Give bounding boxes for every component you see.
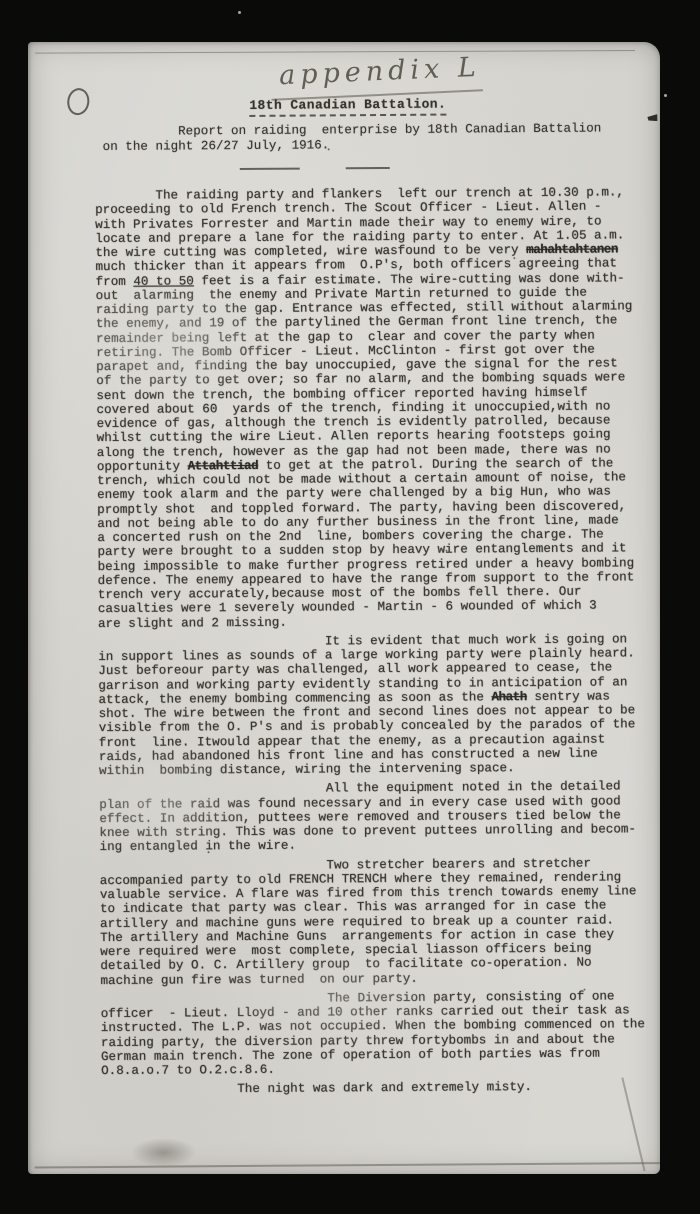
report-subtitle: Report on raiding enterprise by 18th Can… bbox=[102, 121, 601, 154]
separator-dash bbox=[346, 167, 390, 169]
text-run: sentry was bbox=[527, 689, 610, 704]
battalion-title: 18th Canadian Battalion. bbox=[249, 97, 446, 117]
text-line: within bombing distance, wiring the inte… bbox=[99, 760, 659, 778]
text-run: from bbox=[96, 274, 134, 288]
struck-out-text: mahahtahtanen bbox=[526, 242, 618, 257]
text-line: are slight and 2 missing. bbox=[98, 613, 658, 631]
paper-crease-top bbox=[35, 50, 635, 54]
handwritten-appendix-annotation: appendix L bbox=[279, 52, 482, 91]
scan-background: O appendix L 18th Canadian Battalion. Re… bbox=[0, 0, 700, 1214]
separator-dash bbox=[240, 168, 300, 170]
text-run: machine gun fire was turned on our party… bbox=[100, 971, 418, 987]
report-paragraph: It is evident that much work is going on… bbox=[98, 632, 659, 778]
struck-out-text: Attahttiad bbox=[188, 459, 259, 473]
dust-speck bbox=[664, 94, 667, 97]
report-paragraph: The Diversion party, consisting of oneof… bbox=[101, 989, 660, 1078]
paper-content: O appendix L 18th Canadian Battalion. Re… bbox=[28, 42, 660, 1174]
report-paragraph: All the equipment noted in the detailedp… bbox=[99, 779, 659, 854]
report-paragraph: The raiding party and flankers left our … bbox=[95, 185, 658, 631]
text-line: machine gun fire was turned on our party… bbox=[100, 970, 660, 988]
text-run: opportunity bbox=[97, 459, 188, 474]
ink-speck bbox=[238, 211, 240, 213]
text-run: ing entangled in the wire. bbox=[99, 839, 296, 854]
report-body: The raiding party and flankers left our … bbox=[95, 185, 660, 1097]
text-line: The night was dark and extremely misty. bbox=[101, 1079, 660, 1097]
text-run: The night was dark and extremely misty. bbox=[101, 1080, 532, 1097]
text-run: 40 to 50 bbox=[133, 274, 194, 288]
paper-edge-notch bbox=[647, 114, 657, 121]
corner-o-mark: O bbox=[66, 87, 91, 117]
report-paragraph: The night was dark and extremely misty. bbox=[101, 1079, 660, 1097]
paper-crease-bottom bbox=[35, 1162, 660, 1168]
report-paragraph: Two stretcher bearers and stretcheraccom… bbox=[100, 856, 660, 988]
document-paper: O appendix L 18th Canadian Battalion. Re… bbox=[28, 42, 660, 1174]
text-run: are slight and 2 missing. bbox=[98, 615, 287, 630]
paper-smudge bbox=[131, 1137, 197, 1167]
text-run: O.8.a.o.7 to O.2.c.8.6. bbox=[101, 1063, 275, 1078]
text-line: O.8.a.o.7 to O.2.c.8.6. bbox=[101, 1060, 660, 1078]
struck-out-text: Ahath bbox=[491, 690, 526, 704]
text-line: ing entangled in the wire. bbox=[99, 836, 659, 854]
dust-speck bbox=[238, 11, 241, 14]
text-run: within bombing distance, wiring the inte… bbox=[99, 761, 515, 778]
